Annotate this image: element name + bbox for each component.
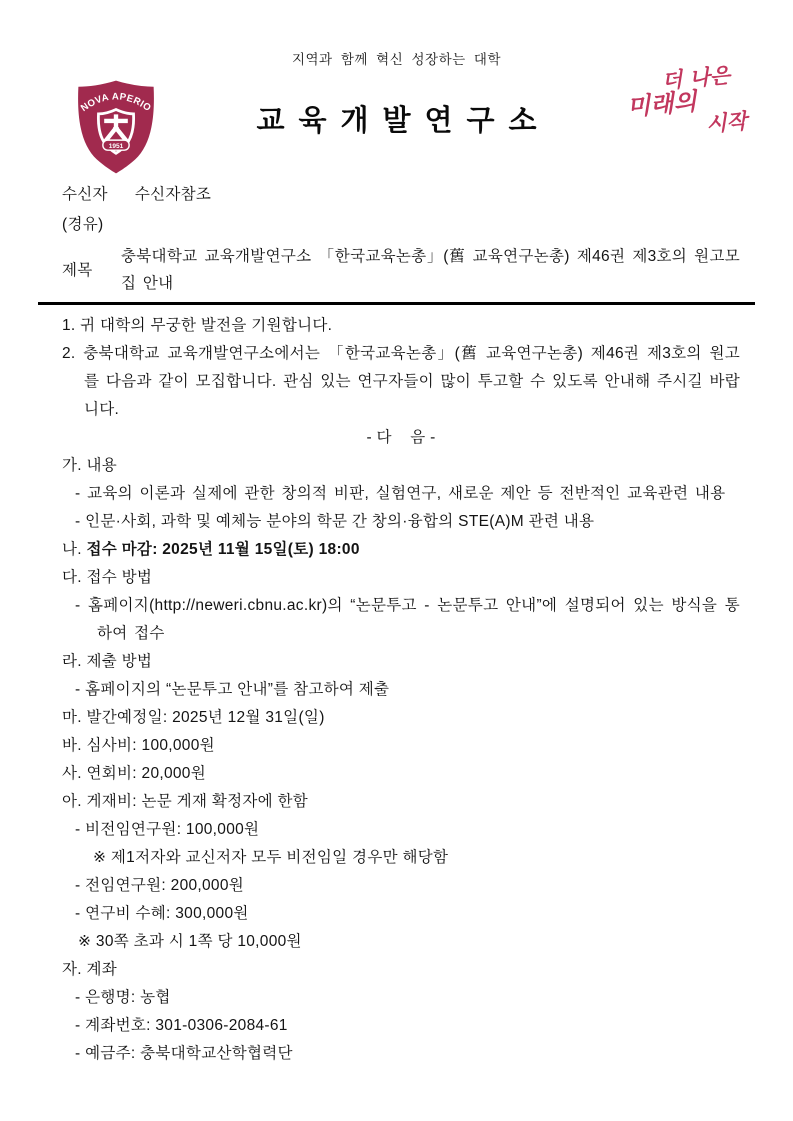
doc-line: 사. 연회비: 20,000원	[62, 760, 740, 788]
doc-line: 바. 심사비: 100,000원	[62, 732, 740, 760]
intro-paragraph: 2. 충북대학교 교육개발연구소에서는 「한국교육논총」(舊 교육연구논총) 제…	[62, 340, 740, 424]
via-row: (경유)	[62, 214, 740, 235]
recipient-label: 수신자	[62, 184, 108, 205]
doc-line: - 계좌번호: 301-0306-2084-61	[62, 1012, 740, 1040]
doc-line: - 홈페이지(http://neweri.cbnu.ac.kr)의 “논문투고 …	[62, 592, 740, 648]
doc-line: 마. 발간예정일: 2025년 12월 31일(일)	[62, 704, 740, 732]
daum-separator: - 다 음 -	[62, 424, 740, 452]
doc-line: 라. 제출 방법	[62, 648, 740, 676]
doc-line: 가. 내용	[62, 452, 740, 480]
doc-line: ※ 제1저자와 교신저자 모두 비전임일 경우만 해당함	[62, 844, 740, 872]
document-page: 지역과 함께 혁신 성장하는 대학 NOVA APERIO 1951 교육개발연…	[0, 0, 793, 1121]
doc-line: - 비전임연구원: 100,000원	[62, 816, 740, 844]
emblem-year: 1951	[109, 143, 124, 150]
subject-label: 제목	[62, 260, 108, 281]
doc-line: 자. 계좌	[62, 956, 740, 984]
subject-row: 제목 충북대학교 교육개발연구소 「한국교육논총」(舊 교육연구논총) 제46권…	[62, 244, 740, 297]
title-divider	[38, 302, 755, 305]
doc-line: 아. 게재비: 논문 게재 확정자에 한함	[62, 788, 740, 816]
doc-line: - 인문·사회, 과학 및 예체능 분야의 학문 간 창의·융합의 STE(A)…	[62, 508, 740, 536]
deadline-line: 나. 접수 마감: 2025년 11월 15일(토) 18:00	[62, 536, 740, 564]
document-meta: 수신자 수신자참조 (경유) 제목 충북대학교 교육개발연구소 「한국교육논총」…	[62, 184, 740, 297]
recipient-value: 수신자참조	[135, 184, 211, 205]
doc-line: - 홈페이지의 “논문투고 안내”를 참고하여 제출	[62, 676, 740, 704]
document-body: 1. 귀 대학의 무궁한 발전을 기원합니다. 2. 충북대학교 교육개발연구소…	[62, 312, 740, 1068]
greeting-paragraph: 1. 귀 대학의 무궁한 발전을 기원합니다.	[62, 312, 740, 340]
doc-line: - 은행명: 농협	[62, 984, 740, 1012]
via-label: (경유)	[62, 214, 103, 235]
brand-calligraphy-icon: 더 나은 미래의 시작	[622, 63, 754, 142]
doc-line: - 연구비 수혜: 300,000원	[62, 900, 740, 928]
subject-text: 충북대학교 교육개발연구소 「한국교육논총」(舊 교육연구논총) 제46권 제3…	[121, 244, 740, 297]
recipient-row: 수신자 수신자참조	[62, 184, 740, 205]
doc-line: - 교육의 이론과 실제에 관한 창의적 비판, 실험연구, 새로운 제안 등 …	[62, 480, 740, 508]
doc-line: 다. 접수 방법	[62, 564, 740, 592]
doc-line: - 예금주: 충북대학교산학협력단	[62, 1040, 740, 1068]
document-header: NOVA APERIO 1951 교육개발연구소 더 나은 미래의 시작	[0, 76, 793, 180]
university-slogan: 지역과 함께 혁신 성장하는 대학	[0, 0, 793, 68]
deadline-text: 접수 마감: 2025년 11월 15일(토) 18:00	[87, 541, 360, 558]
deadline-prefix: 나.	[62, 541, 87, 558]
doc-line: - 전임연구원: 200,000원	[62, 872, 740, 900]
doc-line: ※ 30쪽 초과 시 1쪽 당 10,000원	[62, 928, 740, 956]
